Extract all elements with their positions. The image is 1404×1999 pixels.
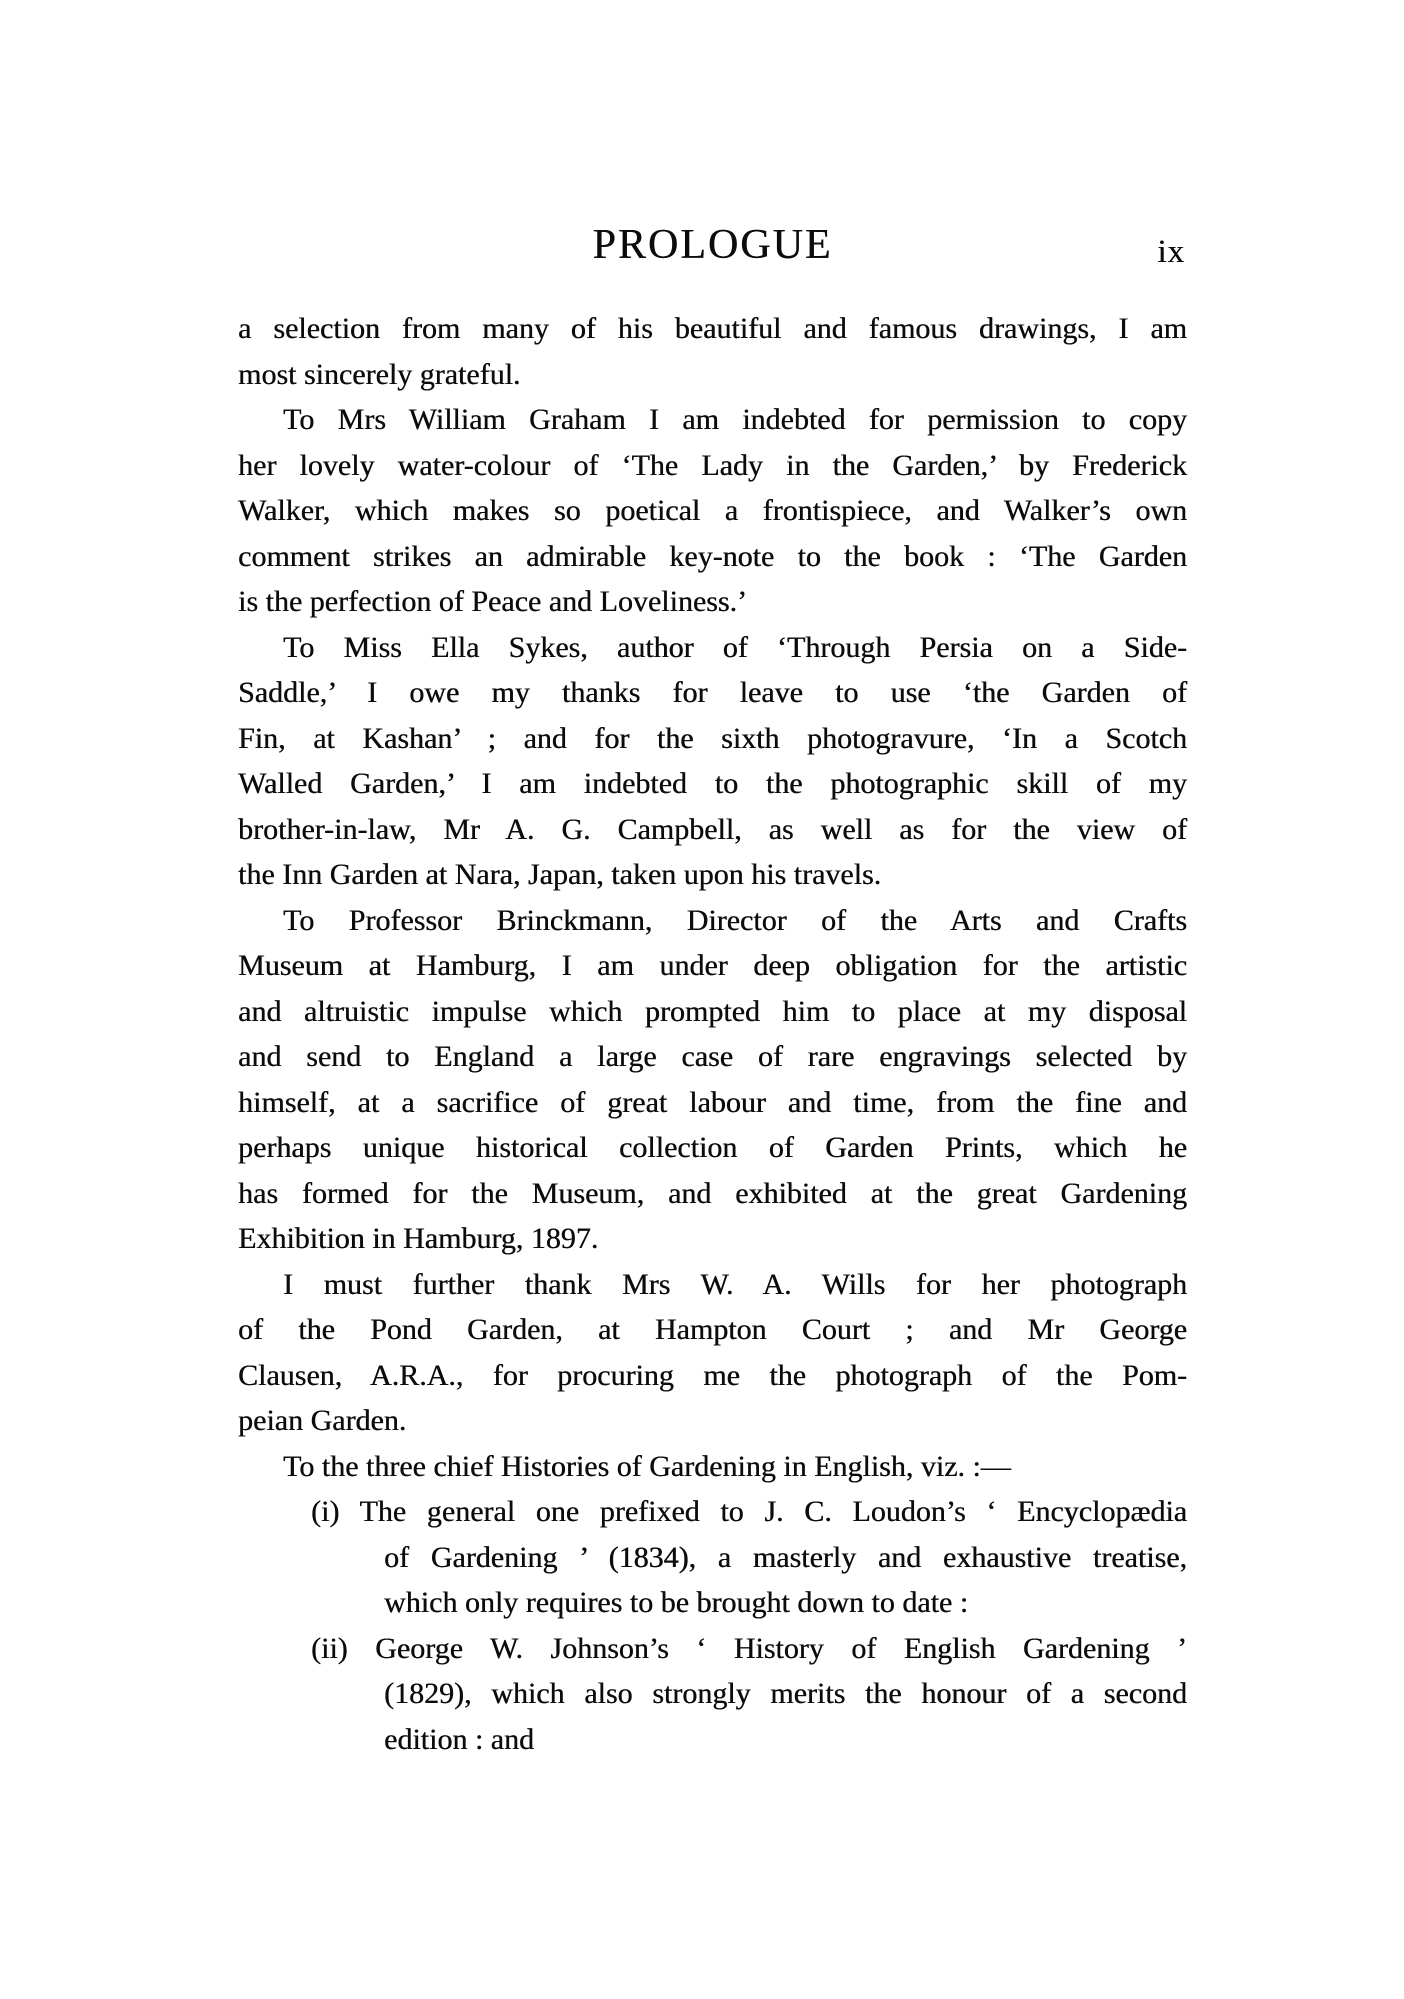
text-line: of the Pond Garden, at Hampton Court ; a… (238, 1307, 1187, 1353)
text-line: (1829), which also strongly merits the h… (238, 1671, 1187, 1717)
text-line: himself, at a sacrifice of great labour … (238, 1080, 1187, 1126)
text-line: is the perfection of Peace and Lovelines… (238, 579, 1187, 625)
text-line: Exhibition in Hamburg, 1897. (238, 1216, 1187, 1262)
text-line: Walled Garden,’ I am indebted to the pho… (238, 761, 1187, 807)
text-line: Museum at Hamburg, I am under deep oblig… (238, 943, 1187, 989)
text-line: (i) The general one prefixed to J. C. Lo… (238, 1489, 1187, 1535)
text-line: (ii) George W. Johnson’s ‘ History of En… (238, 1626, 1187, 1672)
text-line: comment strikes an admirable key-note to… (238, 534, 1187, 580)
text-line: To Miss Ella Sykes, author of ‘Through P… (238, 625, 1187, 671)
text-line: I must further thank Mrs W. A. Wills for… (238, 1262, 1187, 1308)
text-line: peian Garden. (238, 1398, 1187, 1444)
text-line: of Gardening ’ (1834), a masterly and ex… (238, 1535, 1187, 1581)
text-line: her lovely water-colour of ‘The Lady in … (238, 443, 1187, 489)
text-line: Saddle,’ I owe my thanks for leave to us… (238, 670, 1187, 716)
page-header: PROLOGUE ix (238, 221, 1187, 271)
book-page-scan: PROLOGUE ix a selection from many of his… (0, 0, 1404, 1999)
text-line: To Mrs William Graham I am indebted for … (238, 397, 1187, 443)
text-line: edition : and (238, 1717, 1187, 1763)
text-line: a selection from many of his beautiful a… (238, 306, 1187, 352)
text-line: Walker, which makes so poetical a fronti… (238, 488, 1187, 534)
text-line: has formed for the Museum, and exhibited… (238, 1171, 1187, 1217)
text-line: To the three chief Histories of Gardenin… (238, 1444, 1187, 1490)
page-body: a selection from many of his beautiful a… (238, 306, 1187, 1762)
text-line: which only requires to be brought down t… (238, 1580, 1187, 1626)
text-line: and send to England a large case of rare… (238, 1034, 1187, 1080)
text-line: most sincerely grateful. (238, 352, 1187, 398)
text-line: and altruistic impulse which prompted hi… (238, 989, 1187, 1035)
text-line: the Inn Garden at Nara, Japan, taken upo… (238, 852, 1187, 898)
page-number: ix (1157, 234, 1185, 271)
page-title: PROLOGUE (238, 221, 1187, 269)
text-line: To Professor Brinckmann, Director of the… (238, 898, 1187, 944)
text-line: brother-in-law, Mr A. G. Campbell, as we… (238, 807, 1187, 853)
text-line: Fin, at Kashan’ ; and for the sixth phot… (238, 716, 1187, 762)
text-line: perhaps unique historical collection of … (238, 1125, 1187, 1171)
text-line: Clausen, A.R.A., for procuring me the ph… (238, 1353, 1187, 1399)
